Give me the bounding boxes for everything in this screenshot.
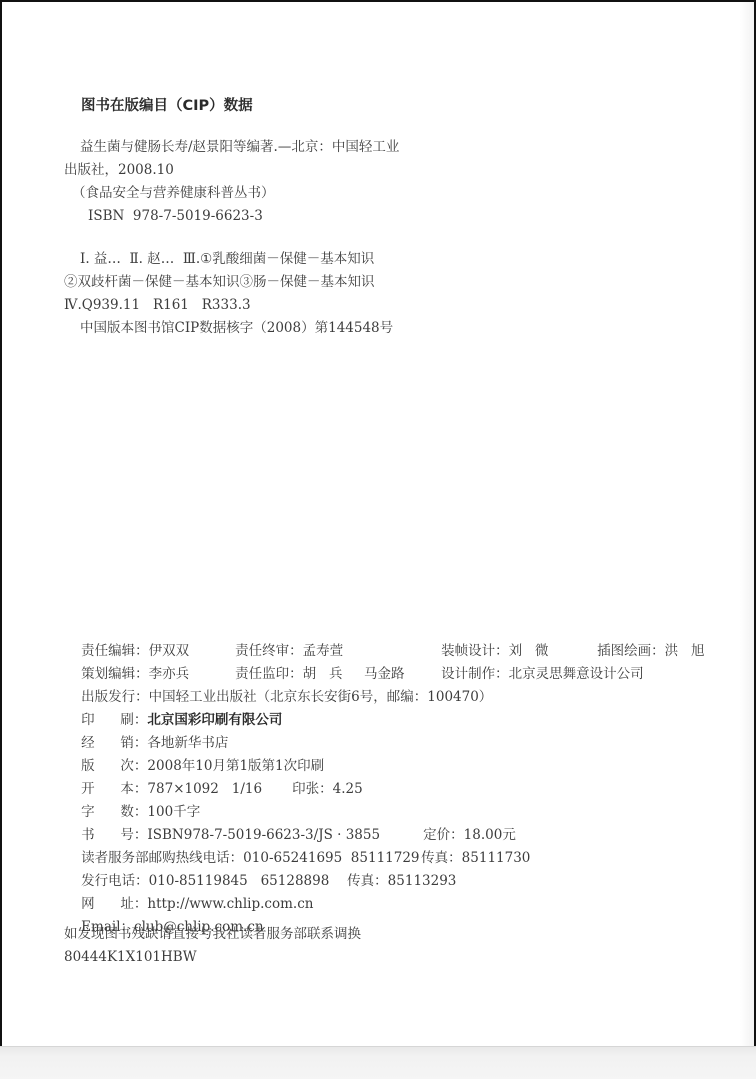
cip-line-record-number: 中国版本图书馆CIP数据核字（2008）第144548号 bbox=[80, 320, 393, 336]
page-border-left bbox=[0, 0, 2, 1079]
credit-value: 85111730 bbox=[462, 850, 531, 866]
page-bottom-edge bbox=[0, 1046, 756, 1079]
copyright-page: 图书在版编目（CIP）数据 益生菌与健肠长寿/赵景阳等编著.—北京：中国轻工业 … bbox=[0, 0, 756, 1079]
cip-line-publisher-date: 出版社，2008.10 bbox=[64, 162, 174, 178]
credit-value: 85113293 bbox=[388, 873, 457, 889]
credit-value: 洪 旭 bbox=[665, 643, 705, 659]
credit-sales-fax: 传真：85113293 bbox=[330, 857, 456, 905]
cip-line-isbn: ISBN 978-7-5019-6623-3 bbox=[88, 208, 263, 224]
page-edge-shadow bbox=[740, 2, 754, 1046]
credit-printed-sheets: 印张：4.25 bbox=[275, 765, 363, 813]
credit-label: 传真： bbox=[347, 873, 388, 889]
credit-value: 北京灵思舞意设计公司 bbox=[509, 666, 644, 682]
cip-title: 图书在版编目（CIP）数据 bbox=[81, 94, 253, 115]
credit-label: 印张： bbox=[292, 781, 333, 797]
print-code: 80444K1X101HBW bbox=[64, 949, 197, 965]
cip-line-title-author: 益生菌与健肠长寿/赵景阳等编著.—北京：中国轻工业 bbox=[80, 139, 399, 155]
cip-line-classification: Ⅳ.Q939.11 R161 R333.3 bbox=[64, 297, 251, 313]
defect-notice: 如发现图书残缺请直接与我社读者服务部联系调换 bbox=[64, 926, 361, 942]
credit-value: 4.25 bbox=[333, 781, 363, 797]
cip-line-subjects-1: Ⅰ. 益… Ⅱ. 赵… Ⅲ.①乳酸细菌－保健－基本知识 bbox=[80, 251, 374, 267]
cip-line-subjects-2: ②双歧杆菌－保健－基本知识③肠－保健－基本知识 bbox=[64, 274, 375, 290]
page-border-top bbox=[0, 0, 756, 2]
cip-line-series: （食品安全与营养健康科普丛书） bbox=[72, 185, 275, 201]
